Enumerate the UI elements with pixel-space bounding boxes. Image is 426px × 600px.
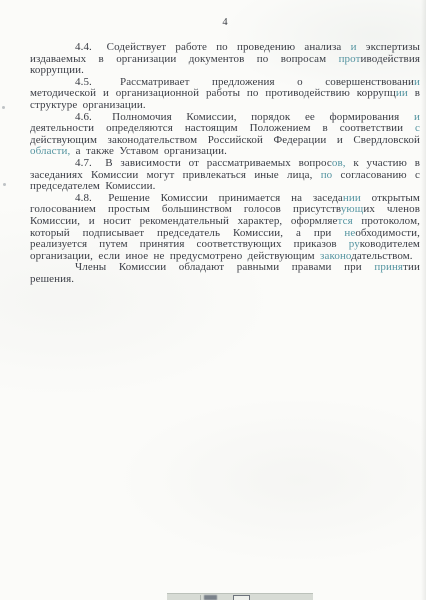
text-segment: 4.5. Рассматривает предложения о соверше… bbox=[75, 76, 414, 88]
text-segment: методической и организационной работы по… bbox=[30, 87, 396, 99]
text-segment: 4.4. Содействует работе по проведению ан… bbox=[75, 41, 351, 53]
text-segment: законо bbox=[320, 250, 351, 262]
text-segment: области, bbox=[30, 145, 70, 157]
text-segment: 4.6. Полномочия Комиссии, порядок ее фор… bbox=[75, 111, 414, 123]
text-segment: и bbox=[414, 111, 420, 123]
paragraph-4-8: 4.8. Решение Комиссии принимается на зас… bbox=[30, 193, 420, 263]
text-segment: не bbox=[344, 227, 355, 239]
text-segment: дательством. bbox=[351, 250, 412, 262]
paragraph-closing: Члены Комиссии обладают равными правами … bbox=[30, 262, 420, 285]
scan-artifact-mark bbox=[204, 595, 217, 600]
text-segment: Члены Комиссии обладают равными правами … bbox=[75, 261, 374, 273]
text-segment: 4.7. В зависимости от рассматриваемых во… bbox=[75, 157, 332, 169]
document-page: 4 4.4. Содействует работе по проведению … bbox=[0, 0, 426, 600]
text-segment: по bbox=[321, 169, 333, 181]
paragraph-4-5: 4.5. Рассматривает предложения о соверше… bbox=[30, 77, 420, 112]
text-segment: 4.8. Решение Комиссии принимается на зас… bbox=[75, 192, 343, 204]
text-segment: и bbox=[414, 76, 420, 88]
text-segment: ии bbox=[396, 87, 408, 99]
text-segment: ующ bbox=[341, 203, 364, 215]
paragraph-4-6: 4.6. Полномочия Комиссии, порядок ее фор… bbox=[30, 112, 420, 158]
scan-artifact-line bbox=[200, 595, 201, 600]
document-body: 4.4. Содействует работе по проведению ан… bbox=[30, 42, 420, 285]
text-segment: прот bbox=[339, 53, 361, 65]
text-segment: ов, bbox=[332, 157, 346, 169]
text-segment: с bbox=[415, 122, 420, 134]
page-number: 4 bbox=[30, 17, 420, 28]
text-segment: ру bbox=[349, 238, 360, 250]
text-segment: а также Уставом организации. bbox=[70, 145, 227, 157]
text-segment: нии bbox=[343, 192, 361, 204]
scan-speck bbox=[3, 183, 6, 186]
scan-speck bbox=[2, 106, 5, 109]
text-segment: действующим законодательством Российской… bbox=[30, 134, 420, 146]
text-segment: деятельности определяются настоящим Поло… bbox=[30, 122, 415, 134]
paragraph-4-4: 4.4. Содействует работе по проведению ан… bbox=[30, 42, 420, 77]
paragraph-4-7: 4.7. В зависимости от рассматриваемых во… bbox=[30, 158, 420, 193]
scan-artifact-box bbox=[233, 595, 250, 600]
text-segment: тся bbox=[338, 215, 353, 227]
scan-artifact-stamp-edge bbox=[167, 593, 313, 600]
text-segment: приня bbox=[374, 261, 403, 273]
